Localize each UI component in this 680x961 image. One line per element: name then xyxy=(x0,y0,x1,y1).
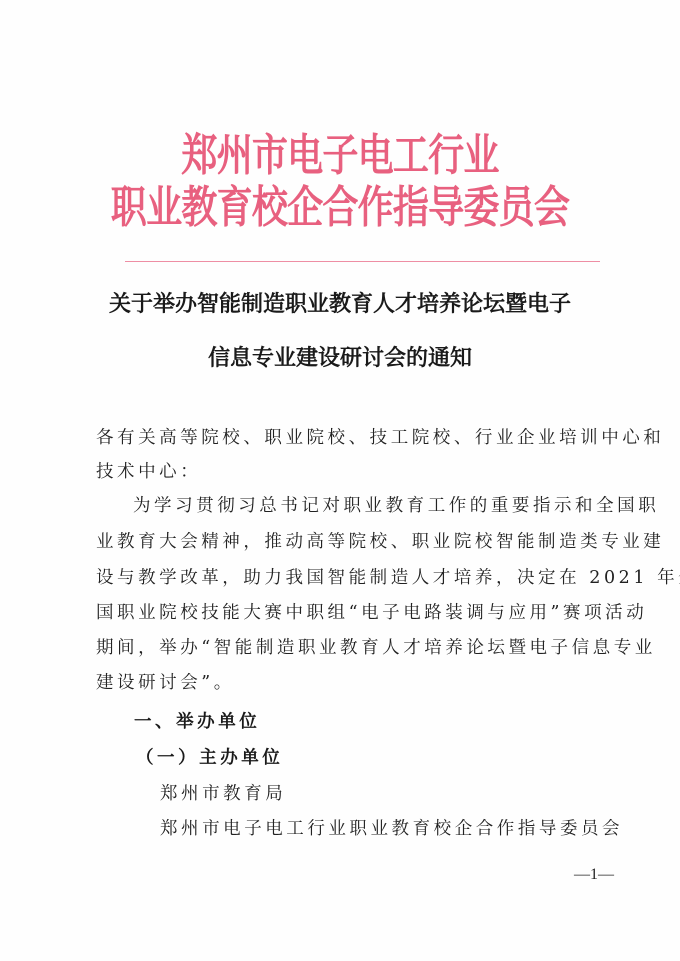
document-title-line-1: 关于举办智能制造职业教育人才培养论坛暨电子 xyxy=(0,289,680,319)
paragraph-line: 设与教学改革，助力我国智能制造人才培养，决定在 2021 年全 xyxy=(96,566,680,590)
paragraph-line: 业教育大会精神，推动高等院校、职业院校智能制造类专业建 xyxy=(96,530,664,554)
paragraph-line: 国职业院校技能大赛中职组“电子电路装调与应用”赛项活动 xyxy=(96,601,647,625)
page-number: —1— xyxy=(574,866,614,884)
document-title-line-2: 信息专业建设研讨会的通知 xyxy=(0,343,680,373)
paragraph-line: 期间，举办“智能制造职业教育人才培养论坛暨电子信息专业 xyxy=(96,636,656,660)
addressee-line-1: 各有关高等院校、职业院校、技工院校、行业企业培训中心和 xyxy=(96,426,664,450)
document-page: 郑州市电子电工行业 职业教育校企合作指导委员会 关于举办智能制造职业教育人才培养… xyxy=(0,0,680,961)
letterhead-line-1: 郑州市电子电工行业 xyxy=(61,130,619,182)
addressee-line-2: 技术中心： xyxy=(96,460,201,484)
letterhead-divider xyxy=(125,261,600,262)
organizer-item: 郑州市教育局 xyxy=(160,782,286,806)
paragraph-line: 建设研讨会”。 xyxy=(96,671,235,695)
section-heading: 一、举办单位 xyxy=(134,710,260,734)
subsection-heading: （一）主办单位 xyxy=(136,746,283,770)
organizer-item: 郑州市电子电工行业职业教育校企合作指导委员会 xyxy=(160,817,623,841)
letterhead-line-2: 职业教育校企合作指导委员会 xyxy=(61,182,619,234)
paragraph-line: 为学习贯彻习总书记对职业教育工作的重要指示和全国职 xyxy=(133,494,659,518)
